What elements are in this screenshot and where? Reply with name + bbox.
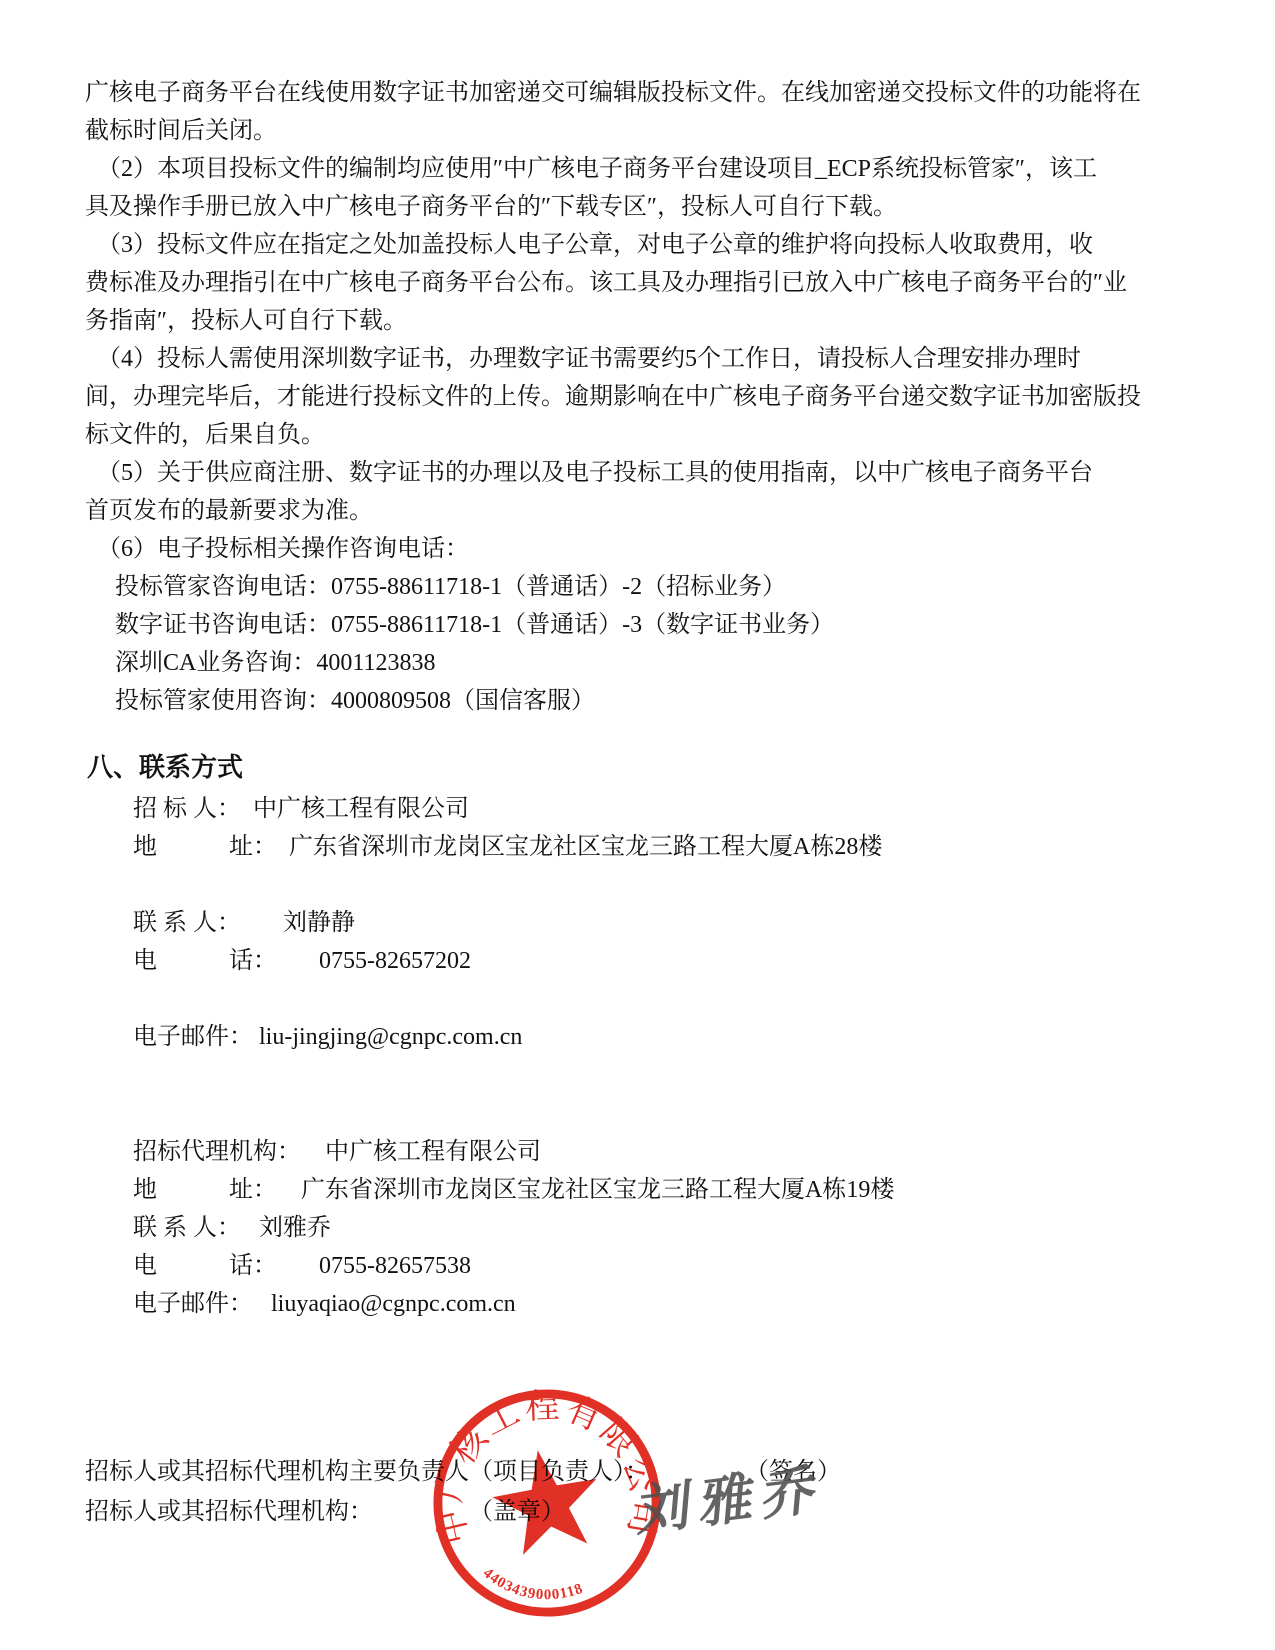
body-line: 务指南″，投标人可自行下载。 [85,302,1195,340]
blank-row [133,980,1193,1018]
tenderer-email-value: liu-jingjing@cgnpc.com.cn [253,1024,522,1050]
company-seal-icon: 中广核工程有限公司 4403439000118 [428,1384,666,1622]
tenderer-phone-row: 电 话： 0755-82657202 [133,942,1193,980]
agency-name-value: 中广核工程有限公司 [289,1139,541,1165]
blank-row [133,866,1193,904]
body-line: （2）本项目投标文件的编制均应使用″中广核电子商务平台建设项目_ECP系统投标管… [85,150,1195,188]
body-line: （5）关于供应商注册、数字证书的办理以及电子投标工具的使用指南，以中广核电子商务… [85,454,1195,492]
tenderer-name-row: 招 标 人： 中广核工程有限公司 [133,790,1193,828]
body-line: 广核电子商务平台在线使用数字证书加密递交可编辑版投标文件。在线加密递交投标文件的… [85,74,1195,112]
agency-phone-row: 电 话： 0755-82657538 [133,1247,1193,1285]
document-page: 广核电子商务平台在线使用数字证书加密递交可编辑版投标文件。在线加密递交投标文件的… [0,0,1275,1650]
tenderer-address-value: 广东省深圳市龙岗区宝龙社区宝龙三路工程大厦A栋28楼 [265,834,882,860]
body-line: 投标管家咨询电话：0755-88611718-1（普通话）-2（招标业务） [85,568,1195,606]
agency-address-row: 地 址： 广东省深圳市龙岗区宝龙社区宝龙三路工程大厦A栋19楼 [133,1171,1193,1209]
tenderer-name-label: 招 标 人： [133,796,241,822]
tenderer-email-label: 电子邮件： [133,1024,253,1050]
tenderer-contact-person-value: 刘静静 [229,910,355,936]
agency-contact-person-value: 刘雅乔 [229,1215,331,1241]
document-body: 广核电子商务平台在线使用数字证书加密递交可编辑版投标文件。在线加密递交投标文件的… [85,74,1195,720]
tenderer-phone-label: 电 话： [133,948,265,974]
body-line: 费标准及办理指引在中广核电子商务平台公布。该工具及办理指引已放入中广核电子商务平… [85,264,1195,302]
agency-address-value: 广东省深圳市龙岗区宝龙社区宝龙三路工程大厦A栋19楼 [265,1177,894,1203]
tenderer-contact-person-row: 联 系 人： 刘静静 [133,904,1193,942]
body-line: 数字证书咨询电话：0755-88611718-1（普通话）-3（数字证书业务） [85,606,1195,644]
body-line: （6）电子投标相关操作咨询电话： [85,530,1195,568]
body-line: 间，办理完毕后，才能进行投标文件的上传。逾期影响在中广核电子商务平台递交数字证书… [85,378,1195,416]
tenderer-name-value: 中广核工程有限公司 [241,796,469,822]
agency-contact-block: 招标代理机构： 中广核工程有限公司 地 址： 广东省深圳市龙岗区宝龙社区宝龙三路… [133,1133,1193,1323]
tenderer-address-label: 地 址： [133,834,265,860]
agency-email-row: 电子邮件： liuyaqiao@cgnpc.com.cn [133,1285,1193,1323]
body-line: 标文件的，后果自负。 [85,416,1195,454]
body-line: （4）投标人需使用深圳数字证书，办理数字证书需要约5个工作日，请投标人合理安排办… [85,340,1195,378]
body-line: 具及操作手册已放入中广核电子商务平台的″下载专区″，投标人可自行下载。 [85,188,1195,226]
agency-contact-person-label: 联 系 人： [133,1215,229,1241]
agency-phone-label: 电 话： [133,1253,265,1279]
agency-name-row: 招标代理机构： 中广核工程有限公司 [133,1133,1193,1171]
tenderer-contact-block: 招 标 人： 中广核工程有限公司 地 址： 广东省深圳市龙岗区宝龙社区宝龙三路工… [133,790,1193,1056]
agency-email-label: 电子邮件： [133,1291,241,1317]
agency-address-label: 地 址： [133,1177,265,1203]
tenderer-email-row: 电子邮件： liu-jingjing@cgnpc.com.cn [133,1018,1193,1056]
tenderer-address-row: 地 址： 广东省深圳市龙岗区宝龙社区宝龙三路工程大厦A栋28楼 [133,828,1193,866]
body-line: 截标时间后关闭。 [85,112,1195,150]
tenderer-phone-value: 0755-82657202 [265,948,471,974]
seal-star-icon [486,1441,608,1558]
contact-section-header: 八、联系方式 [87,748,243,786]
agency-phone-value: 0755-82657538 [265,1253,471,1279]
body-line: 首页发布的最新要求为准。 [85,492,1195,530]
body-line: （3）投标文件应在指定之处加盖投标人电子公章，对电子公章的维护将向投标人收取费用… [85,226,1195,264]
body-line: 投标管家使用咨询：4000809508（国信客服） [85,682,1195,720]
agency-contact-person-row: 联 系 人： 刘雅乔 [133,1209,1193,1247]
agency-name-label: 招标代理机构： [133,1139,289,1165]
tenderer-contact-person-label: 联 系 人： [133,910,229,936]
agency-email-value: liuyaqiao@cgnpc.com.cn [241,1291,516,1317]
body-line: 深圳CA业务咨询：4001123838 [85,644,1195,682]
company-seal-stamp: 中广核工程有限公司 4403439000118 [428,1384,666,1622]
